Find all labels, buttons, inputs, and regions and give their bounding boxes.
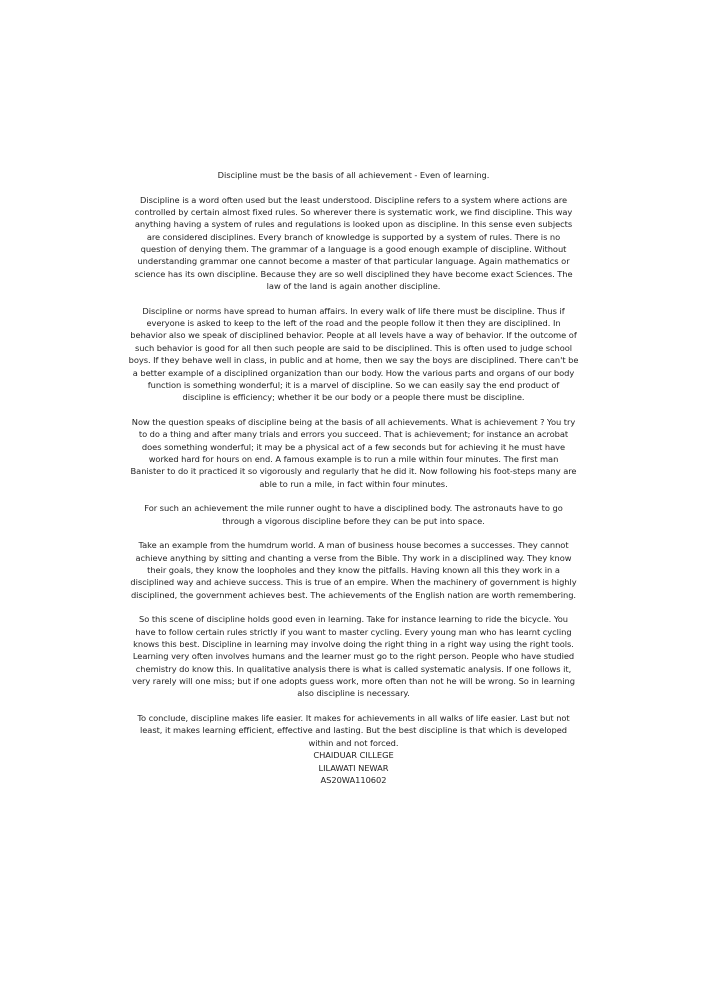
paragraph-1: Discipline is a word often used but the … — [100, 194, 607, 293]
paragraph-2: Discipline or norms have spread to human… — [100, 305, 607, 404]
paragraph-4: For such an achievement the mile runner … — [100, 502, 607, 527]
text-line: science has its own discipline. Because … — [100, 268, 607, 280]
text-line: behavior also we speak of disciplined be… — [100, 329, 607, 341]
paragraph-6: So this scene of discipline holds good e… — [100, 613, 607, 699]
text-line: worked hard for hours on end. A famous e… — [100, 453, 607, 465]
text-line: anything having a system of rules and re… — [100, 218, 607, 230]
text-line: everyone is asked to keep to the left of… — [100, 317, 607, 329]
text-line: have to follow certain rules strictly if… — [100, 626, 607, 638]
text-line: understanding grammar one cannot become … — [100, 255, 607, 267]
text-line: through a vigorous discipline before the… — [100, 515, 607, 527]
text-line: disciplined way and achieve success. Thi… — [100, 576, 607, 588]
text-line: are considered disciplines. Every branch… — [100, 231, 607, 243]
text-line: Take an example from the humdrum world. … — [100, 539, 607, 551]
text-line: boys. If they behave well in class, in p… — [100, 354, 607, 366]
text-line: a better example of a disciplined organi… — [100, 367, 607, 379]
text-line: does something wonderful; it may be a ph… — [100, 441, 607, 453]
text-line: For such an achievement the mile runner … — [100, 502, 607, 514]
text-line: discipline is efficiency; whether it be … — [100, 391, 607, 403]
text-line: also discipline is necessary. — [100, 687, 607, 699]
text-line: knows this best. Discipline in learning … — [100, 638, 607, 650]
text-line: their goals, they know the loopholes and… — [100, 564, 607, 576]
text-line: within and not forced. — [100, 737, 607, 749]
college-name: CHAIDUAR CILLEGE — [100, 749, 607, 761]
text-line: law of the land is again another discipl… — [100, 280, 607, 292]
text-line: least, it makes learning efficient, effe… — [100, 724, 607, 736]
text-line: question of denying them. The grammar of… — [100, 243, 607, 255]
signature-block: CHAIDUAR CILLEGE LILAWATI NEWAR AS20WA11… — [100, 749, 607, 786]
author-name: LILAWATI NEWAR — [100, 762, 607, 774]
roll-number: AS20WA110602 — [100, 774, 607, 786]
text-line: So this scene of discipline holds good e… — [100, 613, 607, 625]
text-line: Discipline is a word often used but the … — [100, 194, 607, 206]
text-line: Now the question speaks of discipline be… — [100, 416, 607, 428]
text-line: To conclude, discipline makes life easie… — [100, 712, 607, 724]
text-line: controlled by certain almost fixed rules… — [100, 206, 607, 218]
document-page: Discipline must be the basis of all achi… — [0, 0, 707, 1000]
text-line: achieve anything by sitting and chanting… — [100, 552, 607, 564]
text-line: able to run a mile, in fact within four … — [100, 478, 607, 490]
text-line: very rarely will one miss; but if one ad… — [100, 675, 607, 687]
essay-title: Discipline must be the basis of all achi… — [100, 169, 607, 181]
text-line: disciplined, the government achieves bes… — [100, 589, 607, 601]
paragraph-5: Take an example from the humdrum world. … — [100, 539, 607, 601]
text-line: Banister to do it practiced it so vigoro… — [100, 465, 607, 477]
text-line: such behavior is good for all then such … — [100, 342, 607, 354]
text-line: Learning very often involves humans and … — [100, 650, 607, 662]
essay-body: Discipline must be the basis of all achi… — [100, 169, 607, 786]
text-line: Discipline or norms have spread to human… — [100, 305, 607, 317]
paragraph-7: To conclude, discipline makes life easie… — [100, 712, 607, 749]
text-line: to do a thing and after many trials and … — [100, 428, 607, 440]
paragraph-3: Now the question speaks of discipline be… — [100, 416, 607, 490]
text-line: function is something wonderful; it is a… — [100, 379, 607, 391]
text-line: chemistry do know this. In qualitative a… — [100, 663, 607, 675]
